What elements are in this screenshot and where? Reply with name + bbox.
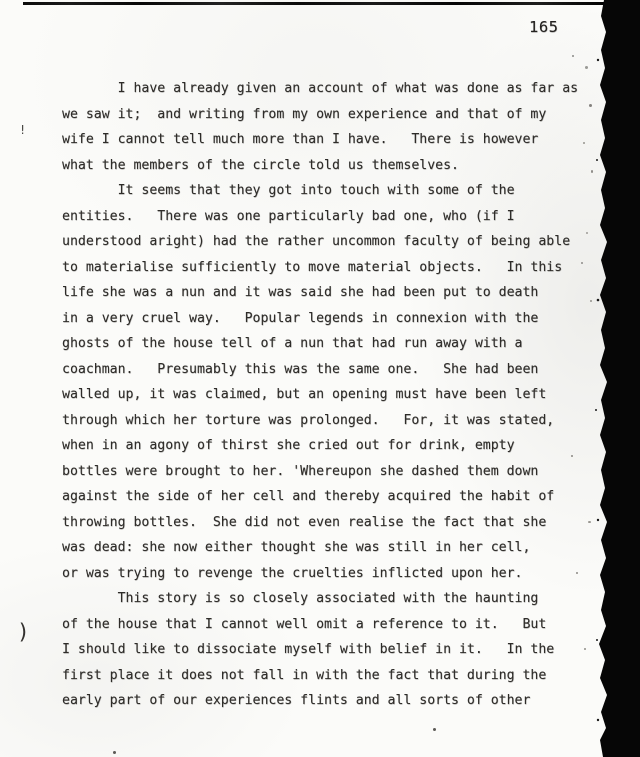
scan-speck: [572, 55, 574, 57]
text-line: life she was a nun and it was said she h…: [62, 280, 602, 306]
margin-mark-upper: !: [19, 123, 26, 137]
scan-speck: [571, 455, 573, 457]
text-line: against the side of her cell and thereby…: [62, 484, 602, 510]
scan-speck: [584, 648, 586, 650]
scan-speck: [581, 262, 583, 264]
scan-speck: [586, 232, 588, 234]
text-block: I have already given an account of what …: [62, 76, 602, 714]
text-line: what the members of the circle told us t…: [62, 153, 602, 179]
text-line: early part of our experiences flints and…: [62, 688, 602, 714]
scan-speck: [588, 521, 591, 523]
document-page: 165 ! ) I have already given an account …: [0, 0, 640, 757]
text-line: coachman. Presumably this was the same o…: [62, 357, 602, 383]
text-line: bottles were brought to her. 'Whereupon …: [62, 459, 602, 485]
scan-speck: [113, 751, 116, 754]
scan-speck: [583, 142, 585, 144]
text-line: in a very cruel way. Popular legends in …: [62, 306, 602, 332]
text-line: It seems that they got into touch with s…: [62, 178, 602, 204]
scan-speck: [589, 104, 592, 107]
text-line: throwing bottles. She did not even reali…: [62, 510, 602, 536]
text-line: understood aright) had the rather uncomm…: [62, 229, 602, 255]
text-line: first place it does not fall in with the…: [62, 663, 602, 689]
page-number: 165: [529, 18, 559, 36]
text-line: wife I cannot tell much more than I have…: [62, 127, 602, 153]
text-line: or was trying to revenge the cruelties i…: [62, 561, 602, 587]
margin-mark-lower: ): [17, 620, 30, 644]
text-line: to materialise sufficiently to move mate…: [62, 255, 602, 281]
scan-speck: [591, 170, 593, 173]
scan-speck: [107, 524, 109, 526]
text-line: I should like to dissociate myself with …: [62, 637, 602, 663]
text-line: when in an agony of thirst she cried out…: [62, 433, 602, 459]
scan-speck: [585, 66, 588, 69]
text-line: This story is so closely associated with…: [62, 586, 602, 612]
scan-speck: [433, 728, 436, 731]
scan-black-strip: [594, 0, 640, 757]
scan-speck: [576, 572, 578, 574]
scan-speck: [590, 300, 592, 302]
text-line: entities. There was one particularly bad…: [62, 204, 602, 230]
text-line: walled up, it was claimed, but an openin…: [62, 382, 602, 408]
text-line: ghosts of the house tell of a nun that h…: [62, 331, 602, 357]
scan-edge-line: [23, 2, 608, 5]
text-line: was dead: she now either thought she was…: [62, 535, 602, 561]
text-line: of the house that I cannot well omit a r…: [62, 612, 602, 638]
text-line: we saw it; and writing from my own exper…: [62, 102, 602, 128]
text-line: I have already given an account of what …: [62, 76, 602, 102]
text-line: through which her torture was prolonged.…: [62, 408, 602, 434]
